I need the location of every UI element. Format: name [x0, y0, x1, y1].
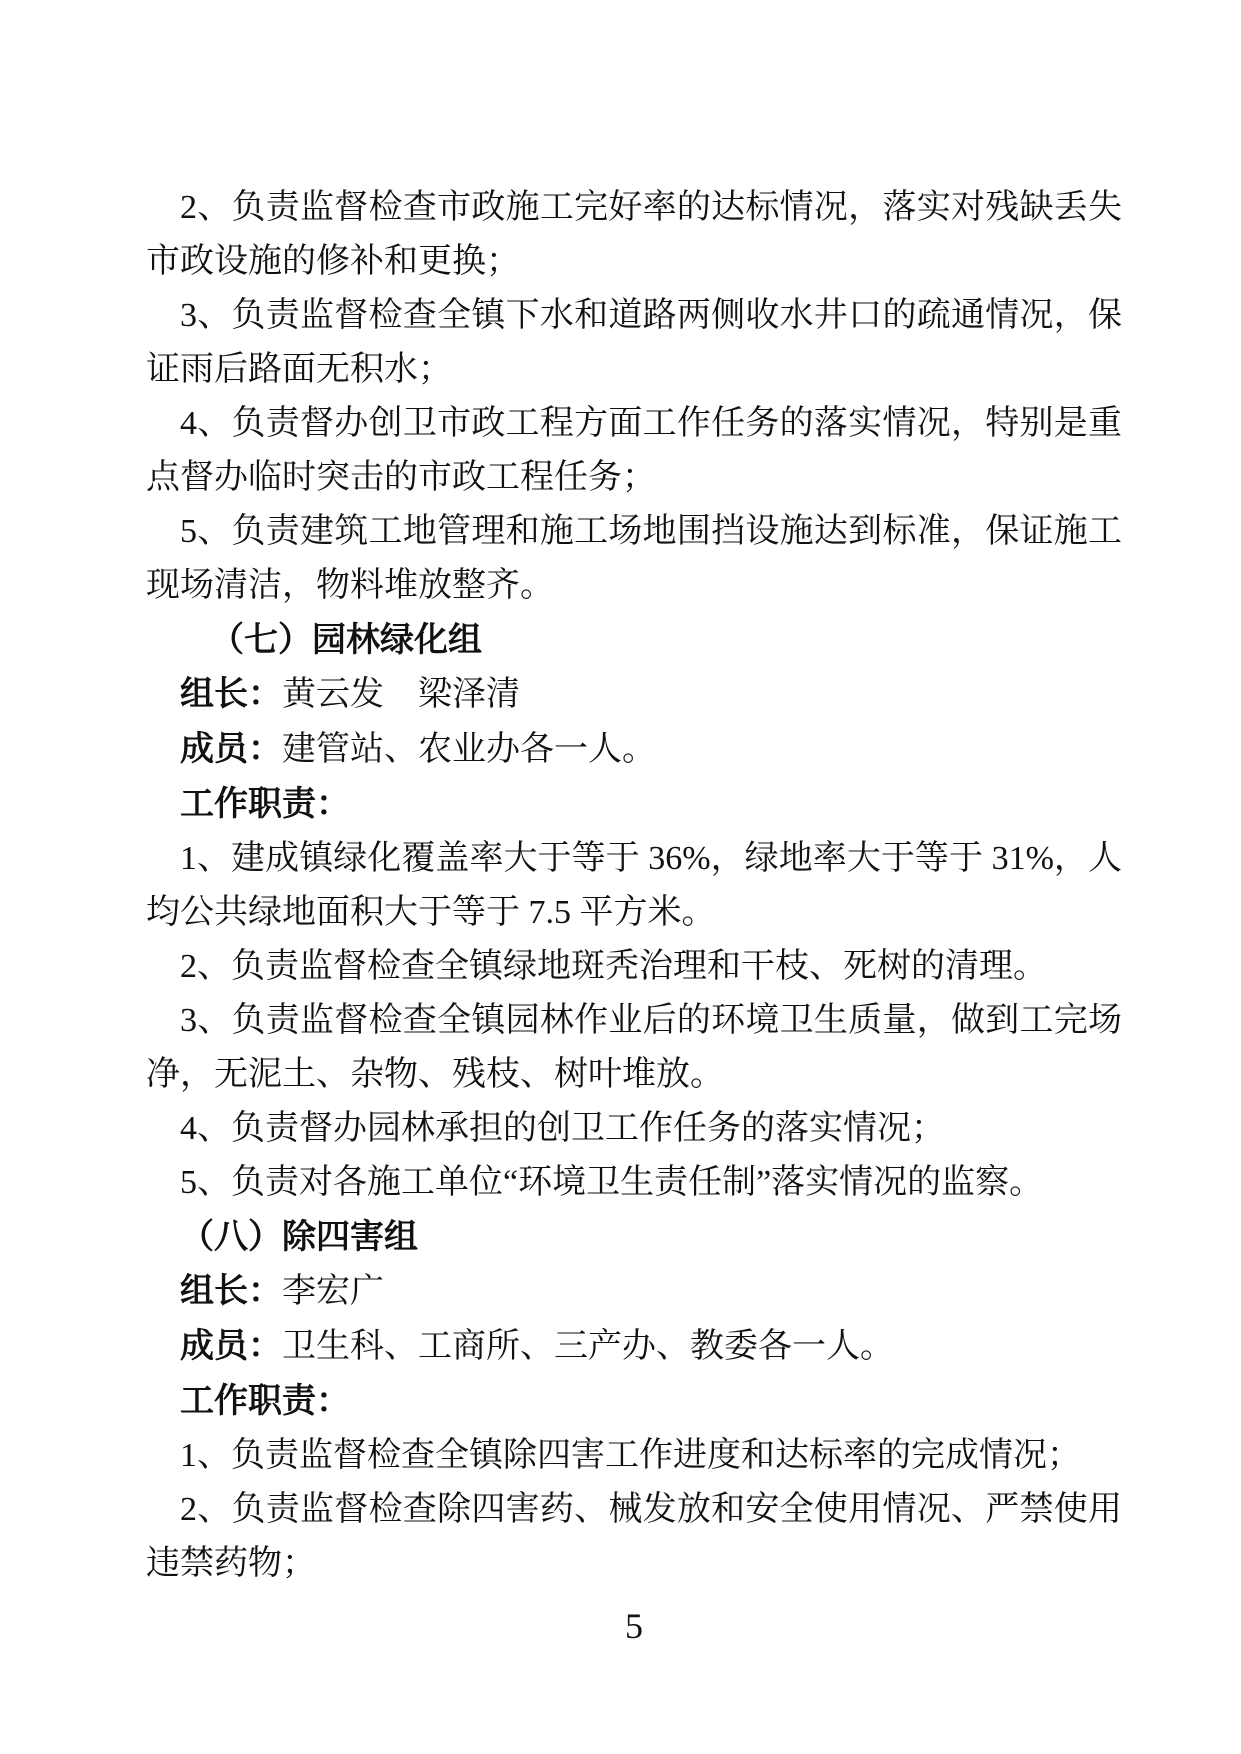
page-footer: 5: [146, 1606, 1122, 1646]
group-leader-label: 组长：: [180, 675, 282, 713]
greening-group-members-line: 成员：建管站、农业办各一人。: [146, 722, 1122, 777]
duty-item: 1、负责监督检查全镇除四害工作进度和达标率的完成情况；: [146, 1429, 1122, 1483]
pest-control-group-leader-line: 组长：李宏广: [146, 1264, 1122, 1319]
duty-item: 3、负责监督检查全镇园林作业后的环境卫生质量，做到工完场净，无泥土、杂物、残枝、…: [146, 994, 1122, 1102]
duty-item: 3、负责监督检查全镇下水和道路两侧收水井口的疏通情况，保证雨后路面无积水；: [146, 289, 1122, 397]
greening-group-leader-line: 组长：黄云发 梁泽清: [146, 667, 1122, 722]
section-heading-pest-control-group: （八）除四害组: [146, 1210, 1122, 1264]
section-heading-greening-group: （七）园林绿化组: [146, 613, 1122, 667]
group-leader-label: 组长：: [180, 1272, 282, 1310]
duty-item: 4、负责督办园林承担的创卫工作任务的落实情况；: [146, 1102, 1122, 1156]
duty-item: 2、负责监督检查除四害药、械发放和安全使用情况、严禁使用违禁药物；: [146, 1483, 1122, 1591]
group-members-text: 卫生科、工商所、三产办、教委各一人。: [282, 1328, 894, 1365]
duty-item: 2、负责监督检查全镇绿地斑秃治理和干枝、死树的清理。: [146, 940, 1122, 994]
group-leader-names: 李宏广: [282, 1273, 384, 1310]
pest-control-group-duties-heading: 工作职责：: [146, 1374, 1122, 1429]
group-members-label: 成员：: [180, 730, 282, 768]
group-members-label: 成员：: [180, 1327, 282, 1365]
duty-item: 5、负责建筑工地管理和施工场地围挡设施达到标准，保证施工现场清洁，物料堆放整齐。: [146, 505, 1122, 613]
group-leader-names: 黄云发 梁泽清: [282, 676, 520, 713]
group-members-text: 建管站、农业办各一人。: [282, 731, 656, 768]
document-body: 2、负责监督检查市政施工完好率的达标情况，落实对残缺丢失市政设施的修补和更换； …: [146, 181, 1122, 1591]
duties-label: 工作职责：: [180, 1382, 350, 1420]
page-number: 5: [625, 1606, 643, 1646]
pest-control-group-members-line: 成员：卫生科、工商所、三产办、教委各一人。: [146, 1319, 1122, 1374]
document-page: 2、负责监督检查市政施工完好率的达标情况，落实对残缺丢失市政设施的修补和更换； …: [0, 0, 1241, 1754]
greening-group-duties-heading: 工作职责：: [146, 777, 1122, 832]
duty-item: 4、负责督办创卫市政工程方面工作任务的落实情况，特别是重点督办临时突击的市政工程…: [146, 397, 1122, 505]
duty-item: 2、负责监督检查市政施工完好率的达标情况，落实对残缺丢失市政设施的修补和更换；: [146, 181, 1122, 289]
duties-label: 工作职责：: [180, 785, 350, 823]
duty-item: 1、建成镇绿化覆盖率大于等于 36%，绿地率大于等于 31%，人均公共绿地面积大…: [146, 832, 1122, 940]
duty-item: 5、负责对各施工单位“环境卫生责任制”落实情况的监察。: [146, 1156, 1122, 1210]
